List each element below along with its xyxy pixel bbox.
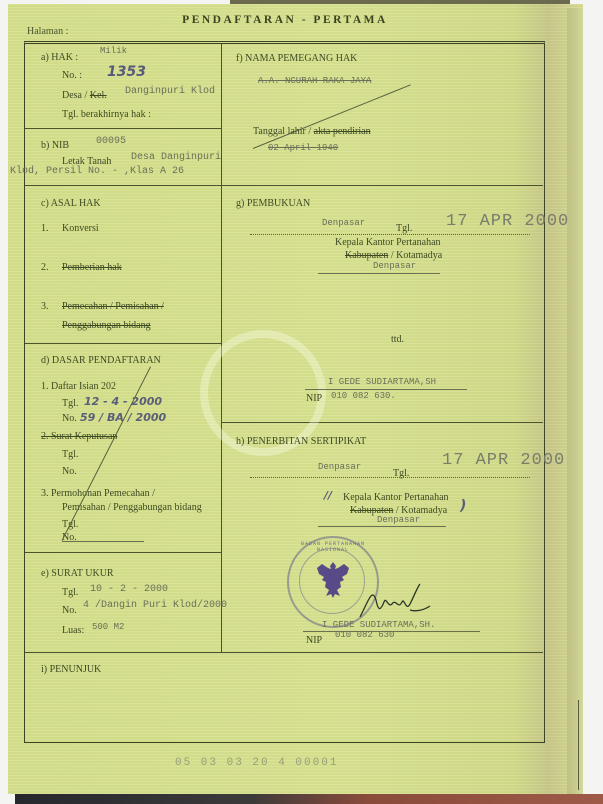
penerbitan-handwritten-mark: // — [324, 489, 332, 502]
asal-hak-item-3: 3.Pemecahan / Pemisahan / — [41, 301, 164, 312]
asal-hak-item-1: 1.Konversi — [41, 223, 99, 234]
penerbitan-bracket-mark: ) — [460, 498, 466, 514]
penerbitan-nip-value: 010 082 630 — [335, 630, 394, 640]
tgl-lahir-label: Tanggal lahir / akta pendirian — [253, 126, 371, 137]
surat-ukur-no-label: No. — [62, 605, 77, 616]
luas-value: 500 M2 — [92, 622, 124, 632]
dasar-pendaftaran-heading: d) DASAR PENDAFTARAN — [41, 355, 161, 366]
surat-ukur-no-value: 4 /Dangin Puri Klod/2000 — [83, 600, 227, 611]
divider-b-c — [25, 185, 543, 186]
no-label: No. : — [62, 70, 82, 81]
surat-keputusan-tgl-label: Tgl. — [62, 449, 78, 460]
no-value: 1353 — [107, 64, 146, 80]
permohonan-cancel-line — [62, 541, 144, 542]
pembukuan-nip-value: 010 082 630. — [331, 391, 396, 401]
tgl-lahir-value: 02 April 1940 — [268, 143, 338, 153]
perforated-serial-number: 05 03 03 20 4 00001 — [175, 757, 338, 769]
surat-ukur-heading: e) SURAT UKUR — [41, 568, 114, 579]
penerbitan-office-line1: Kepala Kantor Pertanahan — [343, 492, 449, 503]
asal-hak-item-3-cont: Penggabungan bidang — [62, 320, 151, 331]
pembukuan-office-line1: Kepala Kantor Pertanahan — [335, 237, 441, 248]
penerbitan-city-line — [318, 526, 446, 527]
letak-tanah-value-line1: Desa Danginpuri — [131, 152, 221, 163]
pembukuan-ttd: ttd. — [391, 334, 404, 345]
pembukuan-official-name: I GEDE SUDIARTAMA,SH — [328, 377, 436, 387]
daftar-isian-label: 1. Daftar Isian 202 — [41, 381, 116, 392]
halaman-label: Halaman : — [27, 26, 68, 37]
hak-label: a) HAK : — [41, 52, 78, 63]
signature — [358, 582, 448, 622]
pemegang-hak-heading: f) NAMA PEMEGANG HAK — [236, 53, 357, 64]
garuda-emblem-icon — [314, 560, 352, 600]
penerbitan-office-city: Denpasar — [377, 515, 420, 525]
penerbitan-place: Denpasar — [318, 462, 361, 472]
desa-label: Desa / Kel. — [62, 90, 107, 101]
pembukuan-date-stamp: 17 APR 2000 — [446, 212, 569, 231]
daftar-isian-no-label: No. — [62, 413, 77, 424]
penerbitan-date-line — [250, 477, 530, 478]
surat-ukur-tgl-value: 10 - 2 - 2000 — [90, 584, 168, 595]
divider-c-d — [25, 343, 221, 344]
letak-tanah-value-line2: Klod, Persil No. - ,Klas A 26 — [10, 166, 184, 177]
penerbitan-nip-label: NIP — [306, 635, 322, 646]
penerbitan-heading: h) PENERBITAN SERTIPIKAT — [236, 436, 366, 447]
daftar-isian-tgl-label: Tgl. — [62, 398, 78, 409]
surat-ukur-tgl-label: Tgl. — [62, 587, 78, 598]
nib-label: b) NIB — [41, 140, 69, 151]
hak-value: Milik — [100, 46, 127, 56]
desa-value: Danginpuri Klod — [125, 86, 215, 97]
page-bottom-edge — [15, 794, 603, 804]
nib-value: 00095 — [96, 136, 126, 147]
penerbitan-official-name: I GEDE SUDIARTAMA,SH. — [322, 620, 435, 630]
pembukuan-city-line — [318, 273, 440, 274]
asal-hak-heading: c) ASAL HAK — [41, 198, 101, 209]
penerbitan-date-stamp: 17 APR 2000 — [442, 451, 565, 470]
pembukuan-place: Denpasar — [322, 218, 365, 228]
surat-keputusan-label: 2. Surat Keputusan — [41, 431, 117, 442]
fold-line — [578, 700, 579, 790]
divider-a-b — [25, 128, 221, 129]
holder-name: A.A. NGURAH RAKA JAYA — [258, 76, 371, 86]
page-top-shadow — [230, 0, 570, 4]
pembukuan-tgl-label: Tgl. — [396, 223, 412, 234]
permohonan-label-line1: 3. Permohonan Pemecahan / — [41, 488, 155, 499]
asal-hak-item-2: 2.Pemberian hak — [41, 262, 122, 273]
luas-label: Luas: — [62, 625, 84, 636]
divider-d-e — [25, 552, 221, 553]
daftar-isian-tgl-value: 12 - 4 - 2000 — [84, 395, 162, 408]
pembukuan-signature-line — [305, 389, 467, 390]
penunjuk-heading: i) PENUNJUK — [41, 664, 101, 675]
pembukuan-heading: g) PEMBUKUAN — [236, 198, 310, 209]
pembukuan-date-line — [250, 234, 530, 235]
pembukuan-office-line2: Kabupaten / Kotamadya — [345, 250, 442, 261]
pembukuan-office-city: Denpasar — [373, 261, 416, 271]
tgl-berakhir-label: Tgl. berakhirnya hak : — [62, 109, 151, 120]
pembukuan-nip-label: NIP — [306, 393, 322, 404]
page-fold-edge — [567, 8, 583, 794]
surat-keputusan-no-label: No. — [62, 466, 77, 477]
document-title: PENDAFTARAN - PERTAMA — [0, 14, 570, 26]
divider-e-i — [25, 652, 543, 653]
permohonan-label-line2: Pemisahan / Penggabungan bidang — [62, 502, 202, 513]
